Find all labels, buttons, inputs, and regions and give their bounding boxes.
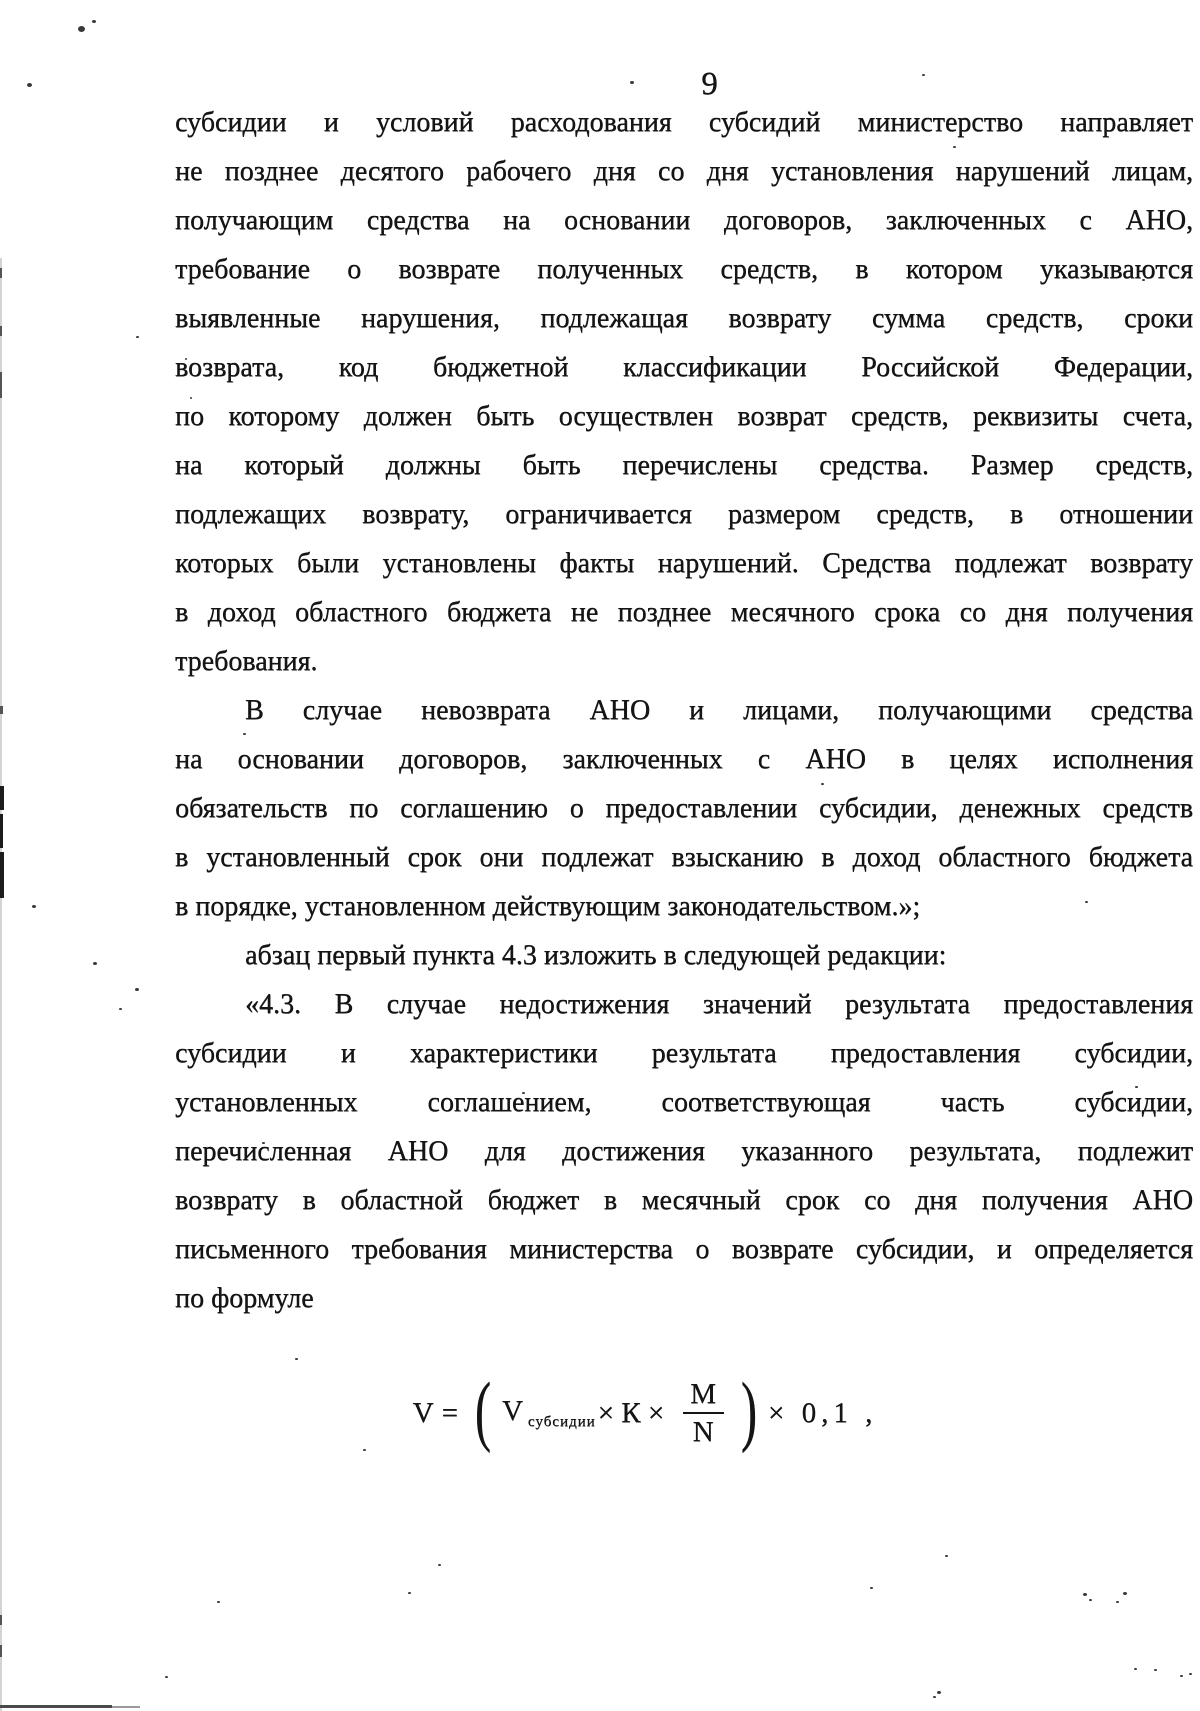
scan-speck [119, 1008, 122, 1010]
scan-speck [135, 988, 139, 991]
scan-speck [922, 74, 925, 76]
formula-operator: × К × [598, 1397, 665, 1430]
scan-speck [78, 26, 85, 32]
formula-denominator: N [683, 1412, 724, 1447]
text-line: выявленные нарушения, подлежащая возврат… [175, 294, 1193, 343]
scan-speck [295, 1358, 298, 1360]
scan-speck [165, 1676, 168, 1678]
text-line: в порядке, установленном действующим зак… [175, 882, 1193, 931]
text-line: субсидии и характеристики результата пре… [175, 1029, 1193, 1078]
scan-speck [1142, 279, 1145, 281]
scan-speck [1123, 1592, 1127, 1595]
scan-edge-mark [0, 372, 2, 398]
formula-multiplier: × 0,1 , [768, 1397, 877, 1430]
text-line: требования. [175, 637, 1193, 686]
scan-speck [1134, 1668, 1137, 1670]
scan-speck [190, 397, 192, 399]
text-line: «4.3. В случае недостижения значений рез… [175, 980, 1193, 1029]
text-line: возврата, код бюджетной классификации Ро… [175, 343, 1193, 392]
scan-speck [933, 1696, 936, 1698]
scan-speck [438, 1564, 441, 1566]
scan-speck [27, 83, 32, 87]
formula: V = ( Vсубсидии × К × М N ) × 0,1 , [175, 1378, 1115, 1448]
scan-edge-mark [0, 814, 3, 848]
text-line: установленных соглашением, соответствующ… [175, 1078, 1193, 1127]
text-line: в установленный срок они подлежат взыска… [175, 833, 1193, 882]
text-line: по которому должен быть осуществлен возв… [175, 392, 1193, 441]
text-line: подлежащих возврату, ограничивается разм… [175, 490, 1193, 539]
formula-term: Vсубсидии [502, 1395, 596, 1432]
formula-result-var: V [413, 1397, 434, 1430]
formula-numerator: М [680, 1379, 726, 1412]
scan-speck [821, 783, 824, 785]
scan-speck [185, 358, 187, 360]
scan-speck [217, 1601, 220, 1603]
text-line: по формуле [175, 1274, 1193, 1323]
text-line: возврату в областной бюджет в месячный с… [175, 1176, 1193, 1225]
formula-term-var: V [502, 1395, 523, 1427]
text-line: В случае невозврата АНО и лицами, получа… [175, 686, 1193, 735]
scan-speck [136, 336, 139, 338]
text-line: требование о возврате полученных средств… [175, 245, 1193, 294]
scan-speck [937, 1691, 941, 1694]
scan-edge-mark [0, 268, 2, 278]
scan-edge-mark [0, 1615, 2, 1625]
scan-edge-mark [0, 706, 3, 714]
text-line: перечисленная АНО для достижения указанн… [175, 1127, 1193, 1176]
text-line: обязательств по соглашению о предоставле… [175, 784, 1193, 833]
formula-equals: = [442, 1397, 458, 1430]
scan-speck [363, 1449, 366, 1451]
scan-edge-mark [0, 852, 4, 898]
text-line: которых были установлены факты нарушений… [175, 539, 1193, 588]
formula-fraction: М N [680, 1379, 726, 1448]
text-line: на основании договоров, заключенных с АН… [175, 735, 1193, 784]
scan-edge-mark [0, 1645, 2, 1657]
scan-bottom-edge-line [0, 1705, 112, 1708]
scan-speck [408, 1592, 411, 1594]
scan-left-edge-line [0, 258, 2, 1711]
scan-speck [1144, 419, 1147, 421]
text-line: письменного требования министерства о во… [175, 1225, 1193, 1274]
scan-speck [953, 146, 956, 148]
scan-speck [1135, 1086, 1138, 1088]
scan-speck [1089, 1599, 1092, 1601]
scan-bottom-edge-line [112, 1706, 140, 1708]
scan-speck [92, 20, 96, 23]
scan-speck [630, 81, 634, 84]
text-line: абзац первый пункта 4.3 изложить в следу… [175, 931, 1193, 980]
text-block: субсидии и условий расходования субсидий… [175, 98, 1193, 1323]
scan-speck [945, 1555, 948, 1557]
text-line: субсидии и условий расходования субсидий… [175, 98, 1193, 147]
scan-speck [262, 1142, 265, 1144]
scan-speck [522, 1092, 525, 1094]
scan-edge-mark [0, 786, 4, 810]
text-line: на который должны быть перечислены средс… [175, 441, 1193, 490]
document-page: 9 субсидии и условий расходования субсид… [0, 0, 1200, 1711]
scan-speck [1189, 1673, 1192, 1675]
scan-speck [1154, 1669, 1157, 1671]
formula-term-subscript: субсидии [528, 1414, 596, 1430]
scan-speck [93, 962, 97, 965]
scan-edge-mark [0, 326, 2, 336]
scan-speck [870, 1587, 873, 1589]
scan-speck [32, 905, 36, 908]
scan-speck [1116, 1601, 1119, 1603]
scan-speck [243, 733, 246, 735]
scan-speck [1083, 1593, 1087, 1596]
scan-speck [1085, 901, 1088, 903]
text-line: не позднее десятого рабочего дня со дня … [175, 147, 1193, 196]
text-line: в доход областного бюджета не позднее ме… [175, 588, 1193, 637]
scan-speck [1180, 1675, 1183, 1677]
text-line: получающим средства на основании договор… [175, 196, 1193, 245]
